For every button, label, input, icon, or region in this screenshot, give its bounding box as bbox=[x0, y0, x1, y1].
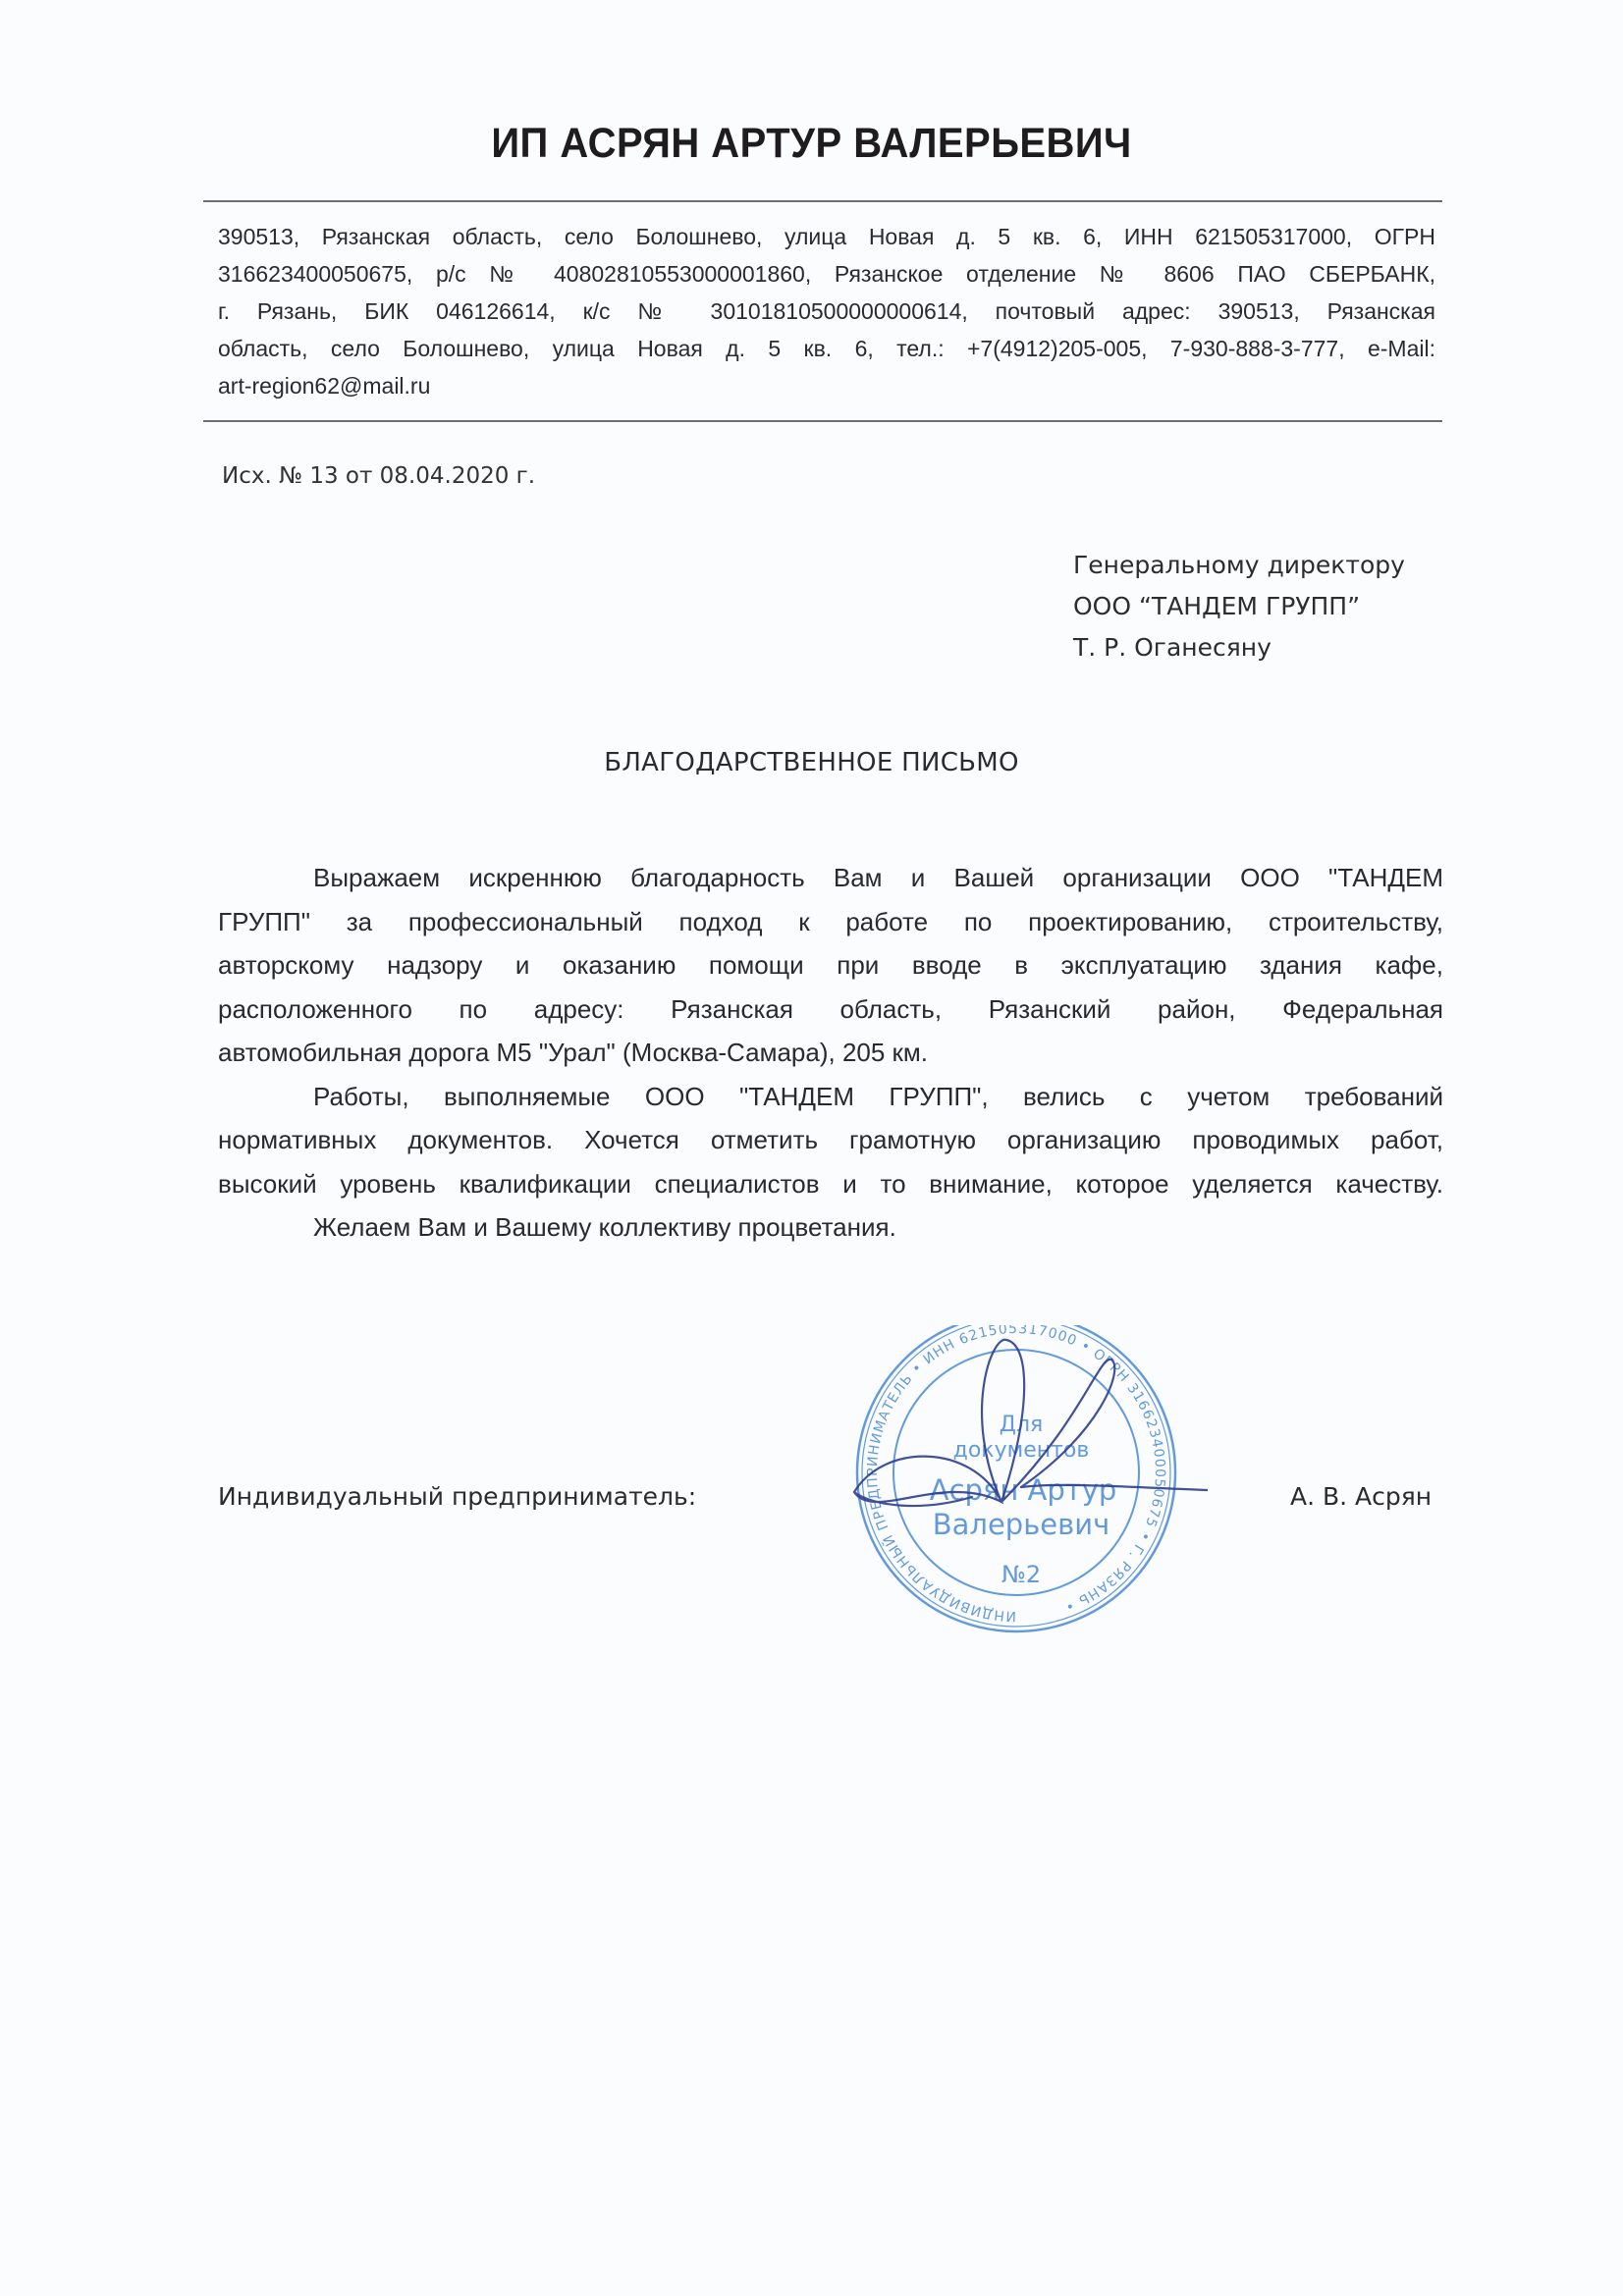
svg-text:Валерьевич: Валерьевич bbox=[933, 1508, 1109, 1541]
requisites-line: г. Рязань, БИК 046126614, к/с № 30101810… bbox=[218, 293, 1435, 330]
header-divider-top bbox=[203, 200, 1442, 202]
body-line: авторскому надзору и оказанию помощи при… bbox=[218, 943, 1443, 988]
body-line: расположенного по адресу: Рязанская обла… bbox=[218, 988, 1443, 1032]
signer-title: Индивидуальный предприниматель: bbox=[218, 1482, 696, 1511]
svg-text:№2: №2 bbox=[1001, 1561, 1041, 1588]
body-line: автомобильная дорога М5 "Урал" (Москва-С… bbox=[218, 1031, 1443, 1075]
requisites-line: 316623400050675, р/с № 40802810553000001… bbox=[218, 255, 1435, 293]
document-title: БЛАГОДАРСТВЕННОЕ ПИСЬМО bbox=[0, 748, 1623, 777]
letterhead-title: ИП АСРЯН АРТУР ВАЛЕРЬЕВИЧ bbox=[57, 120, 1566, 168]
header-divider-bottom bbox=[203, 420, 1442, 422]
outgoing-reference: Исх. № 13 от 08.04.2020 г. bbox=[222, 463, 535, 489]
body-line: Работы, выполняемые ООО "ТАНДЕМ ГРУПП", … bbox=[218, 1075, 1443, 1119]
body-line: ГРУПП" за профессиональный подход к рабо… bbox=[218, 900, 1443, 944]
addressee-position: Генеральному директору bbox=[1073, 545, 1405, 586]
body-line: Желаем Вам и Вашему коллективу процветан… bbox=[218, 1205, 1443, 1250]
letter-body: Выражаем искреннюю благодарность Вам и В… bbox=[218, 856, 1443, 1250]
addressee-company: ООО “ТАНДЕМ ГРУПП” bbox=[1073, 586, 1405, 627]
company-requisites: 390513, Рязанская область, село Болошнев… bbox=[218, 218, 1435, 404]
body-line: Выражаем искреннюю благодарность Вам и В… bbox=[218, 856, 1443, 900]
requisites-line: 390513, Рязанская область, село Болошнев… bbox=[218, 218, 1435, 255]
body-line: нормативных документов. Хочется отметить… bbox=[218, 1118, 1443, 1162]
requisites-email: art-region62@mail.ru bbox=[218, 367, 1435, 404]
seal-stamp-icon: ИНДИВИДУАЛЬНЫЙ ПРЕДПРИНИМАТЕЛЬ • ИНН 621… bbox=[835, 1325, 1208, 1649]
requisites-line: область, село Болошнево, улица Новая д. … bbox=[218, 330, 1435, 367]
svg-text:документов: документов bbox=[953, 1438, 1090, 1463]
addressee-block: Генеральному директору ООО “ТАНДЕМ ГРУПП… bbox=[1073, 545, 1405, 668]
signer-name: А. В. Асрян bbox=[1290, 1482, 1432, 1511]
body-line: высокий уровень квалификации специалисто… bbox=[218, 1162, 1443, 1206]
addressee-name: Т. Р. Оганесяну bbox=[1073, 627, 1405, 668]
seal-stamp: ИНДИВИДУАЛЬНЫЙ ПРЕДПРИНИМАТЕЛЬ • ИНН 621… bbox=[835, 1325, 1208, 1649]
